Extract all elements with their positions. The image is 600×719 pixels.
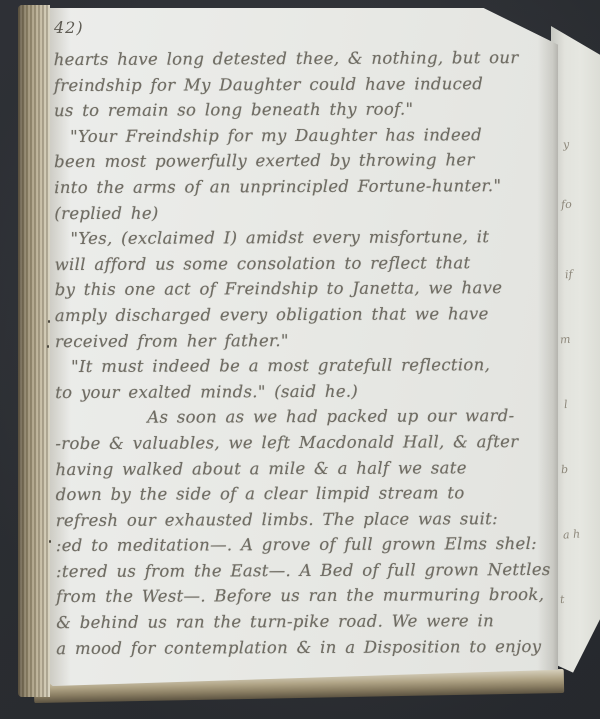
binding-edge: [18, 5, 50, 697]
manuscript-line: down by the side of a clear limpid strea…: [56, 480, 550, 508]
manuscript-line: -robe & valuables, we left Macdonald Hal…: [55, 429, 549, 457]
ink-fragment: if: [565, 268, 573, 281]
manuscript-line: into the arms of an unprincipled Fortune…: [54, 173, 548, 201]
ink-fragment: fo: [561, 198, 573, 212]
manuscript-line: received from her father.": [55, 326, 549, 354]
manuscript-line: amply discharged every obligation that w…: [55, 301, 549, 329]
manuscript-line: :ed to meditation—. A grove of full grow…: [56, 531, 550, 559]
handwritten-text: hearts have long detested thee, & nothin…: [54, 45, 551, 661]
ink-fragment: b: [561, 463, 569, 476]
manuscript-line: "It must indeed be a most gratefull refl…: [55, 352, 549, 380]
manuscript-line: hearts have long detested thee, & nothin…: [54, 45, 548, 73]
manuscript-photo: y fo if m l b a h t 42) hearts have long…: [0, 0, 600, 719]
ink-fragment: y: [563, 138, 570, 151]
manuscript-line: been most powerfully exerted by throwing…: [54, 147, 548, 175]
manuscript-line: us to remain so long beneath thy roof.": [54, 96, 548, 124]
manuscript-line: freindship for My Daughter could have in…: [54, 71, 548, 99]
next-page-edge: y fo if m l b a h t: [551, 18, 600, 686]
manuscript-line: "Your Freindship for my Daughter has ind…: [54, 122, 548, 150]
manuscript-line: by this one act of Freindship to Janetta…: [55, 275, 549, 303]
manuscript-line: & behind us ran the turn-pike road. We w…: [56, 608, 550, 636]
manuscript-line: refresh our exhausted limbs. The place w…: [56, 506, 550, 534]
manuscript-line: from the West—. Before us ran the murmur…: [56, 582, 550, 610]
ink-fragment: t: [560, 593, 565, 606]
manuscript-line: As soon as we had packed up our ward-: [55, 403, 549, 431]
manuscript-line: "Yes, (exclaimed I) amidst every misfort…: [54, 224, 548, 252]
ink-speck: [47, 345, 49, 348]
ink-speck: [49, 540, 51, 543]
ink-fragment: l: [564, 398, 568, 411]
manuscript-line: a mood for contemplation & in a Disposit…: [56, 634, 550, 662]
ink-speck: [48, 320, 50, 323]
manuscript-line: :tered us from the East—. A Bed of full …: [56, 557, 550, 585]
manuscript-page: 42) hearts have long detested thee, & no…: [45, 8, 558, 686]
manuscript-line: to your exalted minds." (said he.): [55, 378, 549, 406]
manuscript-line: will afford us some consolation to refle…: [55, 250, 549, 278]
ink-fragment: m: [560, 333, 571, 347]
page-number: 42): [54, 18, 84, 37]
manuscript-line: (replied he): [54, 198, 548, 226]
manuscript-line: having walked about a mile & a half we s…: [55, 454, 549, 482]
ink-fragment: a h: [563, 527, 581, 541]
